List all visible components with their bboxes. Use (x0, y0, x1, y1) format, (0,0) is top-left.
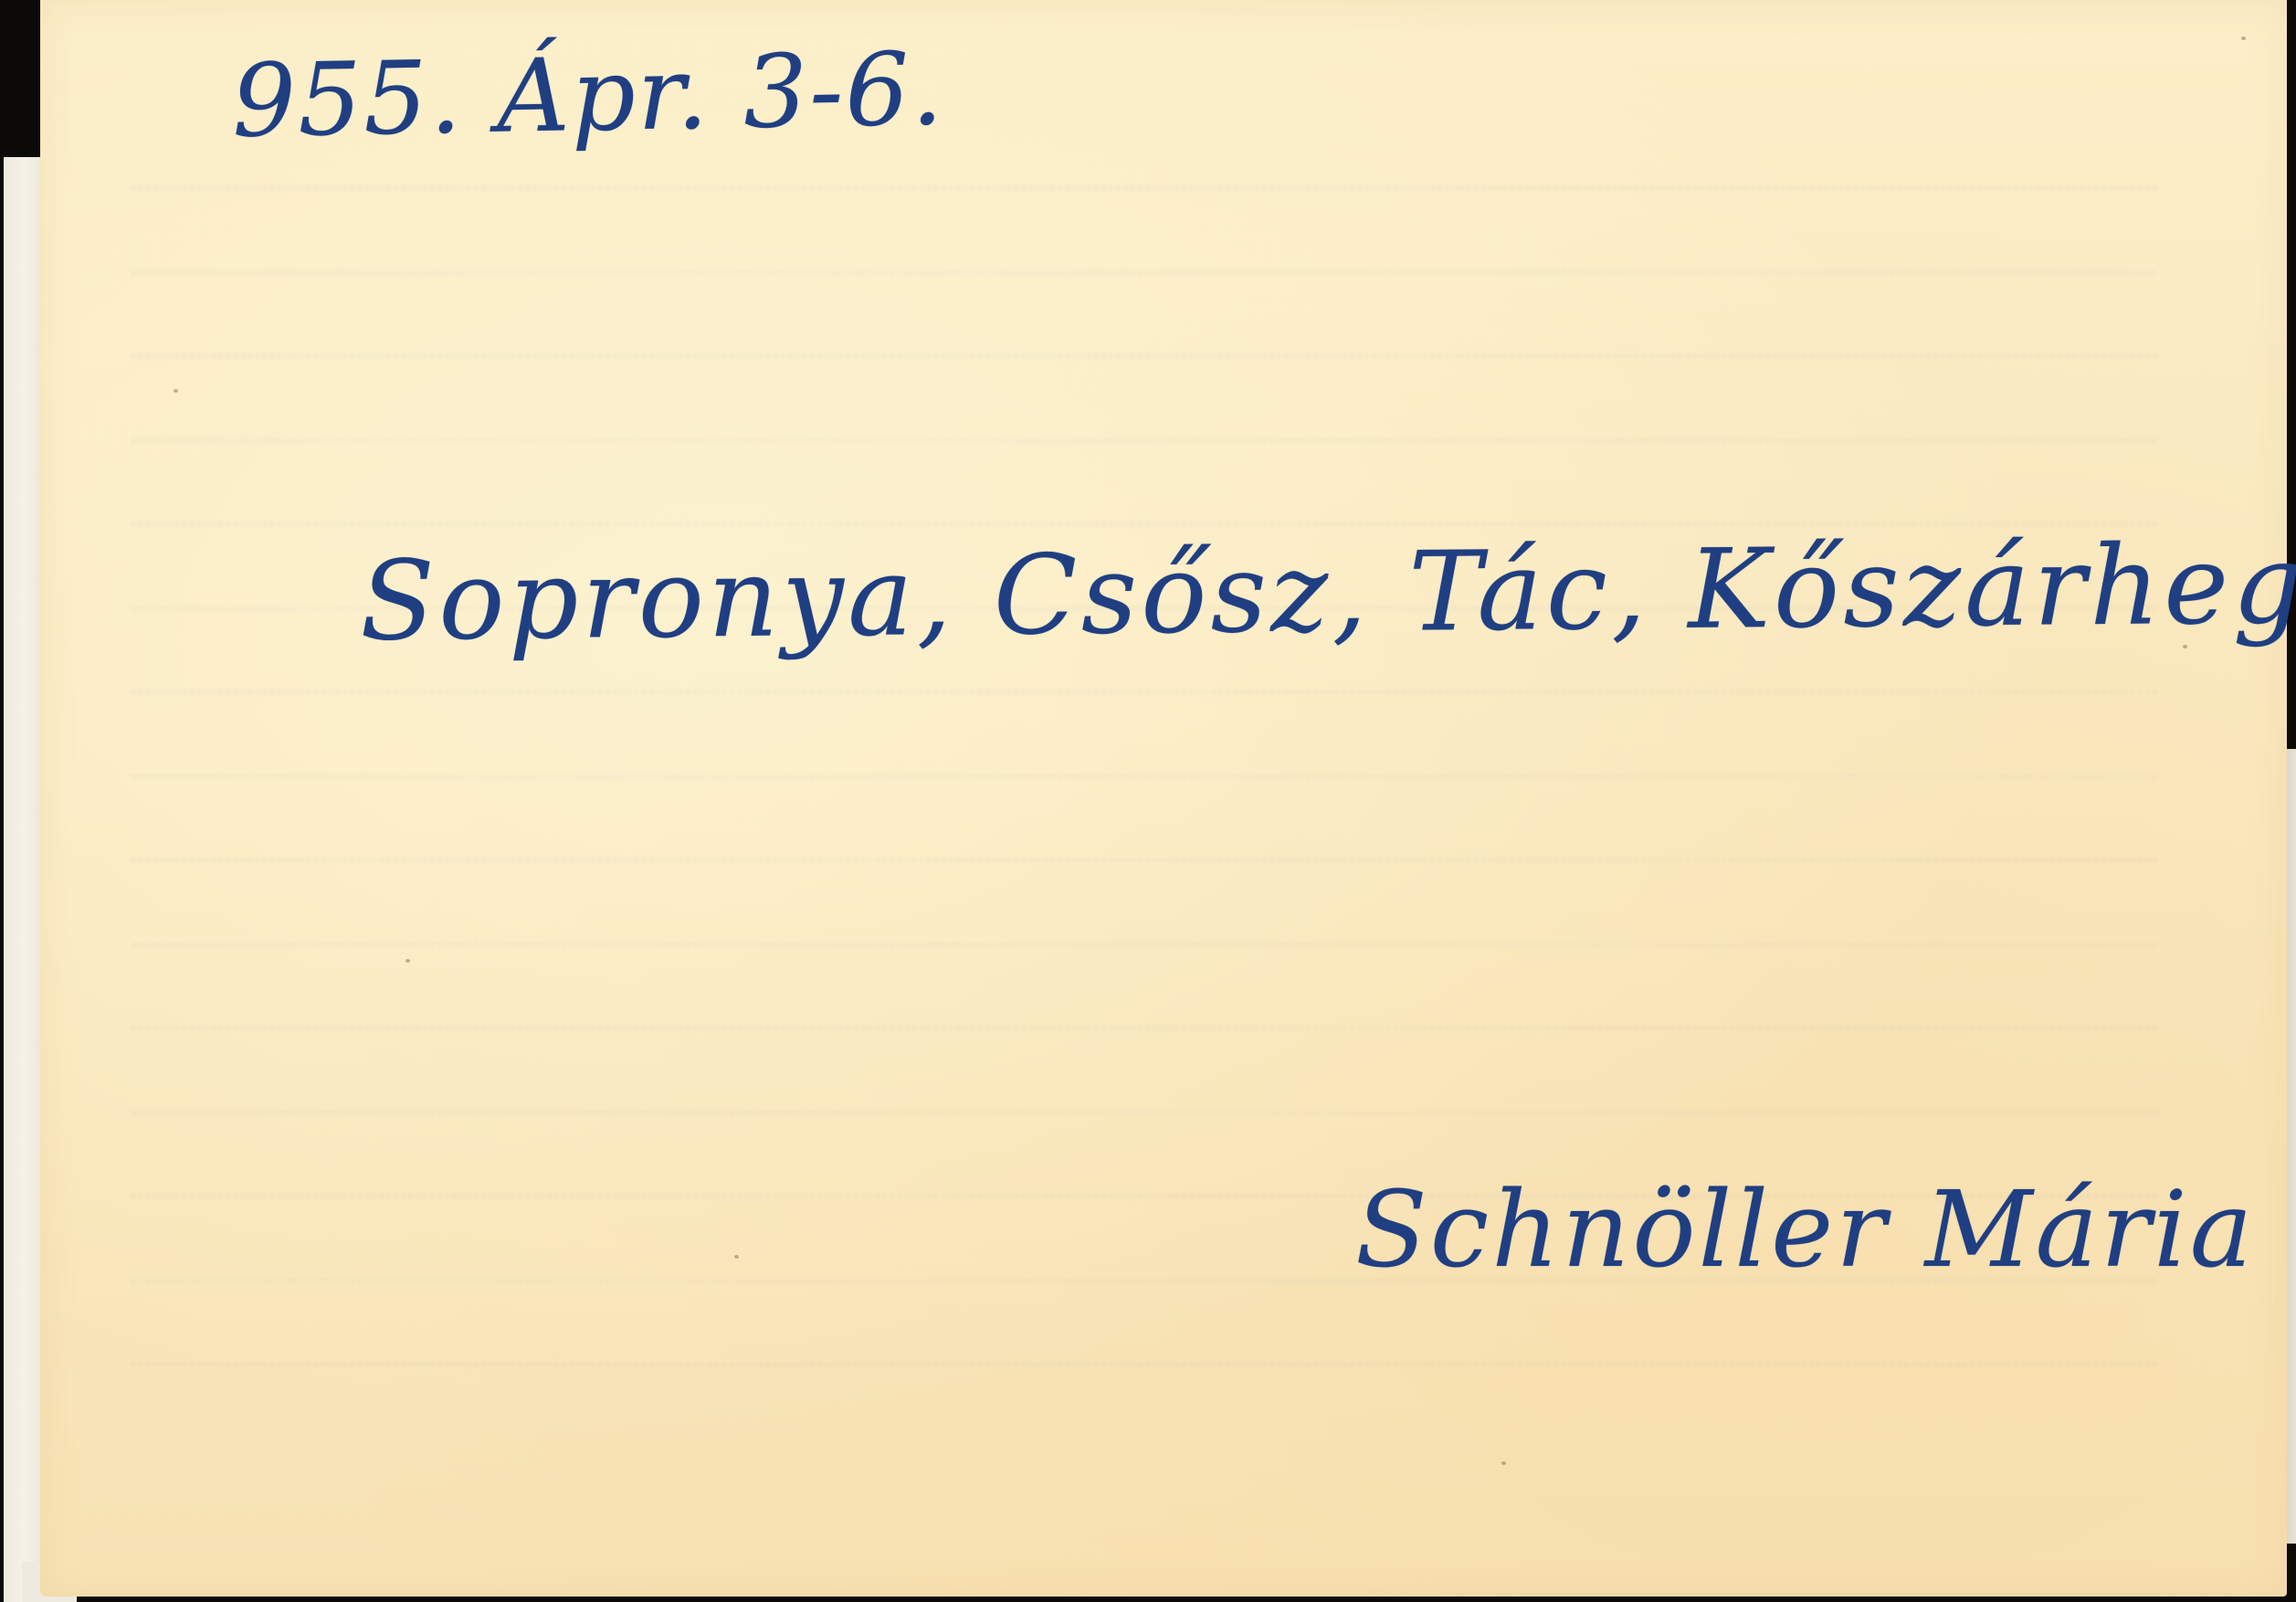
signature: Schnöller Mária (1355, 1169, 2255, 1291)
document-scan: 955. Ápr. 3-6. Sopronya, Csősz, Tác, Kős… (0, 0, 2296, 1602)
place-names: Sopronya, Csősz, Tác, Kőszárhegy (359, 521, 2296, 665)
backing-sheet-left-edge (4, 157, 44, 1602)
paper-card: 955. Ápr. 3-6. Sopronya, Csősz, Tác, Kős… (40, 0, 2287, 1597)
date-heading: 955. Ápr. 3-6. (231, 30, 945, 160)
